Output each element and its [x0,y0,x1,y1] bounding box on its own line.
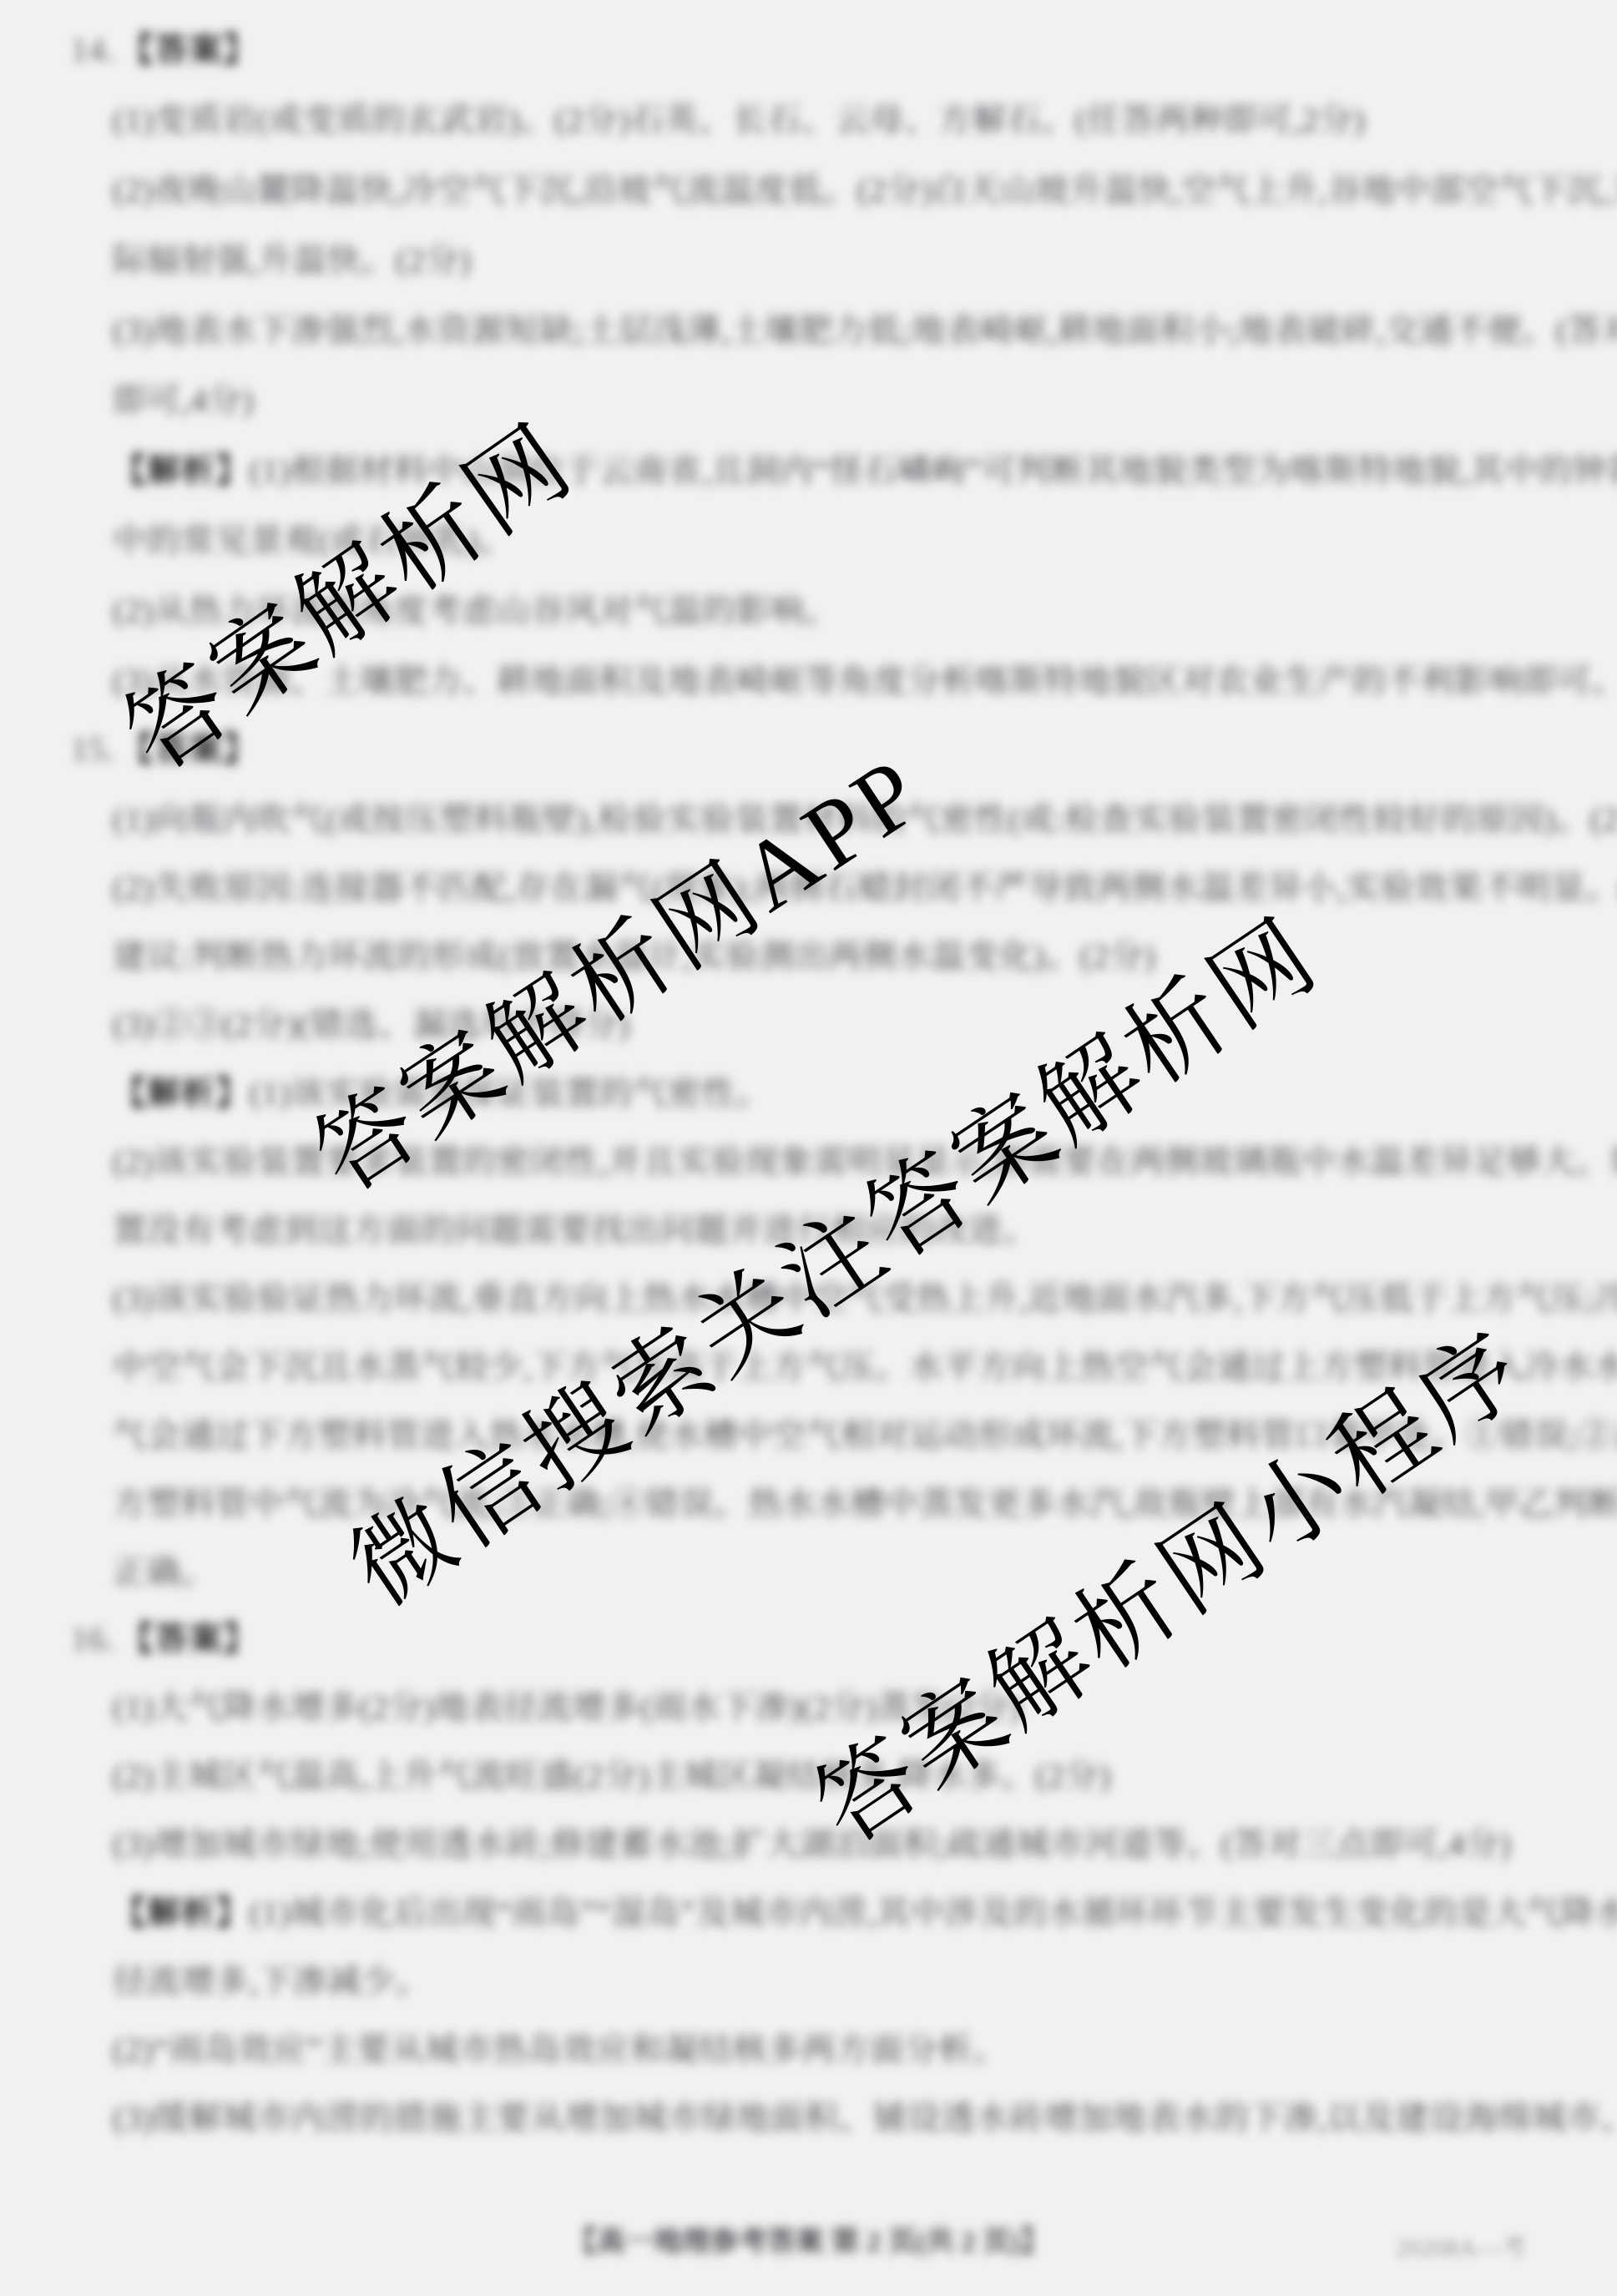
line-text: (2)失败原因:连接器不匹配,存在漏气(现象);两侧石蜡封闭不严导致两侧水温差异… [113,869,1617,906]
question-number: 16. [71,1620,115,1658]
analysis-section-header: 【解析】(1)根据材料中山洞位于云南省,且洞内“怪石嶙峋”可判断其地貌类型为喀斯… [113,454,1617,487]
line-text: 中的常见景观(或石钟乳)。 [113,522,513,559]
bracket-label: 【答案】 [120,730,257,768]
line-text: 径流增多,下渗减少。 [113,1962,430,2000]
bracket-label: 【解析】 [113,1074,250,1112]
answer-text-line: 正确。 [113,1556,215,1589]
line-text: 置没有考虑到这方面的问题需要找出问题并进行相应的改进。 [113,1211,1037,1249]
bracket-label: 【解析】 [113,452,250,489]
line-text: (1)根据材料中山洞位于云南省,且洞内“怪石嶙峋”可判断其地貌类型为喀斯特地貌,… [250,452,1617,489]
answer-text-line: (1)变质岩(或变质的玄武岩)。(2分)石英、长石、云母、方解石。(任答两种即可… [113,103,1366,137]
answer-text-line: (3)地表水下渗强烈,水资源短缺;土层浅薄,土壤肥力低;地表崎岖,耕地面积小;地… [113,314,1617,347]
line-text: 正确。 [113,1553,215,1591]
answer-text-line: (2)主城区气温高,上升气流旺盛(2分)主城区凝结核多,降水多。(2分) [113,1759,1111,1793]
line-text: (3)②③(2分)(错选、漏选均不得分) [113,1006,630,1043]
line-text: (3)从水资源、土壤肥力、耕地面积及地表崎岖等角度分析喀斯特地貌区对农业生产的不… [113,662,1617,699]
line-text: 气会通过下方塑料管进入热水水槽,使水槽中空气相对运动形成环流,下方塑料管口靠甲处… [113,1416,1617,1454]
bracket-label: 【解析】 [113,1894,250,1931]
answer-text-line: 置没有考虑到这方面的问题需要找出问题并进行相应的改进。 [113,1214,1037,1247]
answer-text-line: (2)该实验装置要求装置的密闭性,并且实验现象需明显显示,即需要在两侧玻璃瓶中水… [113,1145,1617,1178]
answer-text-line: 际辐射强,升温快。(2分) [113,244,472,277]
page-footer: 【高一地理参考答案 第 2 页(共 2 页)】 [568,2218,1049,2259]
answer-text-line: (2)夜晚山麓降温快,冷空气下沉,沿坡气流温度低。(2分)白天山坡升温快,空气上… [113,174,1617,207]
line-text: (2)“雨岛效应”主要从城市热岛效应和凝结核多两方面分析。 [113,2031,1007,2068]
answer-section-header: 15.【答案】 [71,733,257,766]
line-text: (1)变质岩(或变质的玄武岩)。(2分)石英、长石、云母、方解石。(任答两种即可… [113,101,1366,139]
answer-text-line: 中空气会下沉且水蒸气较少,下方气压高于上方气压。水平方向上热空气会通过上方塑料管… [113,1350,1617,1384]
line-text: (1)该实验需要保证装置的气密性。 [250,1074,771,1112]
line-text: (2)该实验装置要求装置的密闭性,并且实验现象需明显显示,即需要在两侧玻璃瓶中水… [113,1143,1617,1180]
answer-text-line: 即可,4分) [113,384,254,417]
answer-text-line: 方塑料管中气流为冷气流,③正确;④错误。热水水槽中蒸发更多水汽,故瓶壁上部有水汽… [113,1487,1617,1521]
document-text-layer: 14.【答案】(1)变质岩(或变质的玄武岩)。(2分)石英、长石、云母、方解石。… [0,0,1617,2296]
line-text: 际辐射强,升温快。(2分) [113,241,472,279]
answer-text-line: 中的常见景观(或石钟乳)。 [113,524,513,558]
answer-section-header: 16.【答案】 [71,1622,257,1656]
line-text: 建议:判断热力环流的形成(放置水温计,实验测出两侧水温变化)。(2分) [113,937,1155,975]
answer-text-line: 径流增多,下渗减少。 [113,1965,430,1998]
answer-text-line: (3)增加城市绿地;使用透水砖;修建蓄水池;扩大湖泊面积;疏通城市河道等。(答对… [113,1828,1512,1861]
line-text: 方塑料管中气流为冷气流,③正确;④错误。热水水槽中蒸发更多水汽,故瓶壁上部有水汽… [113,1485,1617,1522]
analysis-section-header: 【解析】(1)城市化后出现“雨岛”“湿岛”及城市内涝,其中涉及的水循环环节主要发… [113,1896,1617,1930]
answer-section-header: 14.【答案】 [71,33,257,67]
line-text: (3)地表水下渗强烈,水资源短缺;土层浅薄,土壤肥力低;地表崎岖,耕地面积小;地… [113,311,1617,349]
line-text: (3)增加城市绿地;使用透水砖;修建蓄水池;扩大湖泊面积;疏通城市河道等。(答对… [113,1825,1512,1863]
line-text: (3)缓解城市内涝的措施主要从增加城市绿地面积、铺设透水砖增加地表水的下渗,以及… [113,2099,1617,2137]
answer-text-line: (3)缓解城市内涝的措施主要从增加城市绿地面积、铺设透水砖增加地表水的下渗,以及… [113,2102,1617,2135]
bracket-label: 【答案】 [120,31,257,68]
answer-text-line: (2)失败原因:连接器不匹配,存在漏气(现象);两侧石蜡封闭不严导致两侧水温差异… [113,871,1617,905]
exam-answer-page: 14.【答案】(1)变质岩(或变质的玄武岩)。(2分)石英、长石、云母、方解石。… [0,0,1617,2296]
line-text: (2)主城区气温高,上升气流旺盛(2分)主城区凝结核多,降水多。(2分) [113,1757,1111,1794]
line-text: (1)大气降水增多(2分)地表径流增多(雨水下渗)(2分)蒸发(2分) [113,1688,1021,1726]
line-text: 即可,4分) [113,381,254,419]
answer-text-line: (2)从热力环流的角度考虑山谷风对气温的影响。 [113,594,839,628]
answer-text-line: (3)从水资源、土壤肥力、耕地面积及地表崎岖等角度分析喀斯特地貌区对农业生产的不… [113,664,1617,698]
answer-text-line: (1)大气降水增多(2分)地表径流增多(雨水下渗)(2分)蒸发(2分) [113,1691,1021,1724]
answer-text-line: 气会通过下方塑料管进入热水水槽,使水槽中空气相对运动形成环流,下方塑料管口靠甲处… [113,1419,1617,1452]
question-number: 14. [71,31,115,68]
footer-paper-code: 20208A—考 [1396,2227,1527,2263]
line-text: (1)城市化后出现“雨岛”“湿岛”及城市内涝,其中涉及的水循环环节主要发生变化的… [250,1894,1617,1931]
answer-text-line: (2)“雨岛效应”主要从城市热岛效应和凝结核多两方面分析。 [113,2033,1007,2066]
line-text: (3)该实验验证热力环流,垂直方向上热水水槽中空气受热上升,近地面水汽多,下方气… [113,1279,1617,1317]
answer-text-line: (3)②③(2分)(错选、漏选均不得分) [113,1008,630,1042]
line-text: (1)向瓶内吹气(或按压塑料瓶壁),检验实验装置材料的气密性(或:检查实验装置密… [113,800,1617,838]
line-text: (2)从热力环流的角度考虑山谷风对气温的影响。 [113,592,839,629]
answer-text-line: (1)向瓶内吹气(或按压塑料瓶壁),检验实验装置材料的气密性(或:检查实验装置密… [113,803,1617,836]
line-text: 中空气会下沉且水蒸气较少,下方气压高于上方气压。水平方向上热空气会通过上方塑料管… [113,1348,1617,1385]
answer-text-line: 建议:判断热力环流的形成(放置水温计,实验测出两侧水温变化)。(2分) [113,940,1155,973]
line-text: (2)夜晚山麓降温快,冷空气下沉,沿坡气流温度低。(2分)白天山坡升温快,空气上… [113,171,1617,209]
bracket-label: 【答案】 [120,1620,257,1658]
analysis-section-header: 【解析】(1)该实验需要保证装置的气密性。 [113,1077,771,1110]
question-number: 15. [71,730,115,768]
answer-text-line: (3)该实验验证热力环流,垂直方向上热水水槽中空气受热上升,近地面水汽多,下方气… [113,1282,1617,1315]
